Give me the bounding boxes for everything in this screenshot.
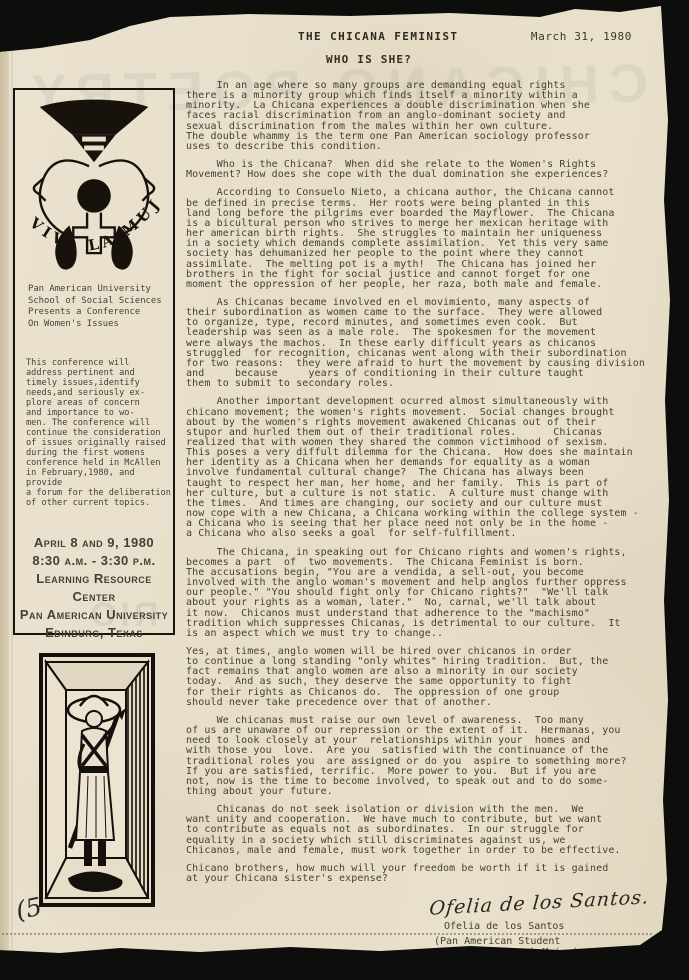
article-paragraph: Chicanas do not seek isolation or divisi… — [186, 805, 662, 856]
sun-circle-icon — [77, 179, 111, 213]
conference-caption: Pan American University School of Social… — [28, 284, 173, 330]
issue-date: March 31, 1980 — [531, 30, 632, 43]
paper-sheet: CHICANO POETRY RIO — [0, 0, 689, 980]
page-title: THE CHICANA FEMINIST — [298, 30, 458, 43]
article-paragraph: We chicanas must raise our own level of … — [186, 716, 662, 797]
article-subtitle: WHO IS SHE? — [326, 53, 662, 66]
signature-block: Ofelia de los Santos. Ofelia de los Sant… — [430, 892, 662, 958]
adjacent-page-edge — [0, 45, 9, 952]
article-paragraph: The Chicana, in speaking out for Chicano… — [186, 548, 662, 639]
viva-la-mujer-logo: VIVA LA MUJER — [15, 94, 173, 280]
equals-bar-top — [82, 137, 106, 142]
wings-icon — [40, 100, 149, 135]
article-paragraph: As Chicanas became involved en el movimi… — [186, 298, 662, 389]
conference-schedule: April 8 and 9, 1980 8:30 a.m. - 3:30 p.m… — [15, 534, 173, 642]
conference-info-box: VIVA LA MUJER Pan American University Sc… — [13, 88, 175, 635]
article-paragraph: According to Consuelo Nieto, a chicana a… — [186, 188, 662, 290]
article-body: In an age where so many groups are deman… — [186, 81, 662, 884]
soldadera-woodcut — [38, 652, 156, 908]
masthead: THE CHICANA FEMINIST March 31, 1980 — [186, 30, 662, 43]
equals-bar-bottom — [84, 146, 104, 151]
dotted-rule — [2, 933, 652, 935]
viva-la-mujer-logo-icon: VIVA LA MUJER — [16, 94, 172, 276]
handwritten-signature: Ofelia de los Santos. — [428, 887, 650, 920]
soldadera-woodcut-icon — [38, 652, 156, 908]
article-paragraph: Chicano brothers, how much will your fre… — [186, 864, 662, 884]
author-affiliation: (Pan American Student Business & Speech … — [434, 936, 662, 958]
article-paragraph: Another important development ocurred al… — [186, 397, 662, 539]
article: THE CHICANA FEMINIST March 31, 1980 WHO … — [186, 30, 662, 958]
conference-description: This conference will address pertinent a… — [26, 358, 173, 508]
author-name: Ofelia de los Santos — [444, 921, 662, 932]
article-paragraph: Yes, at times, anglo women will be hired… — [186, 647, 662, 708]
article-paragraph: In an age where so many groups are deman… — [186, 81, 662, 152]
article-paragraph: Who is the Chicana? When did she relate … — [186, 160, 662, 180]
scanned-newsletter-page: CHICANO POETRY RIO — [0, 0, 689, 980]
